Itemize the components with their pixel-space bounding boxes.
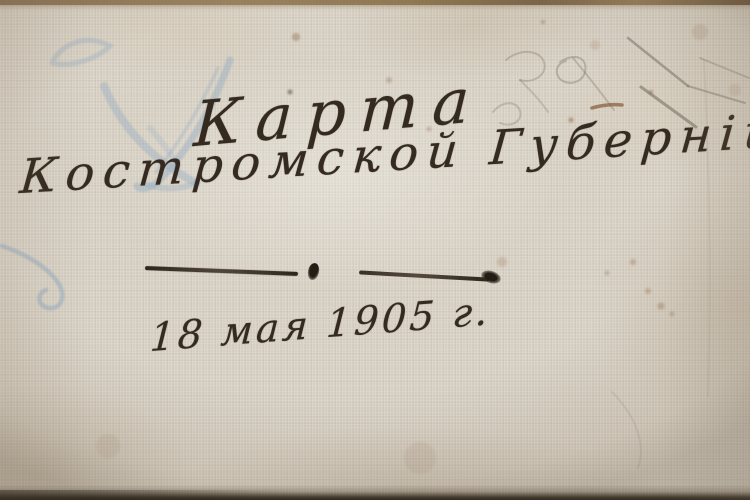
canvas-top-edge [0, 0, 750, 5]
stain [670, 312, 675, 317]
inscription-date: 18 мая 1905 г. [149, 289, 492, 361]
canvas-photo: Карта Костромской Губерніи 18 мая 1905 г… [0, 0, 750, 500]
canvas-bottom-edge [0, 485, 750, 500]
pencil-scribble-icon [688, 86, 745, 103]
pencil-ghost-icon [557, 57, 586, 83]
pencil-scribble-icon [700, 58, 749, 78]
stain [649, 90, 653, 94]
blue-curl-icon [52, 40, 110, 64]
stain [541, 20, 545, 24]
stain [658, 303, 665, 310]
pencil-ghost-icon [612, 392, 641, 468]
divider-right-stroke [359, 270, 489, 281]
pencil-ghost-icon [506, 52, 545, 81]
stain [292, 33, 300, 41]
pencil-ghost-icon [520, 80, 548, 112]
blue-spiral-icon [2, 246, 62, 308]
stain [590, 40, 600, 50]
divider-left-stroke [145, 266, 298, 276]
pencil-scribble-icon [628, 38, 688, 86]
divider-ink-blob [480, 268, 503, 286]
stain [630, 259, 636, 265]
stain [497, 257, 507, 267]
stain [605, 271, 610, 276]
pencil-scribble-icon [573, 58, 614, 110]
stain [404, 442, 436, 474]
stain [96, 434, 120, 458]
stain [645, 288, 651, 294]
divider-dot [306, 262, 320, 281]
fiber-icon [592, 105, 622, 108]
stain [729, 84, 741, 96]
stain [692, 24, 708, 40]
